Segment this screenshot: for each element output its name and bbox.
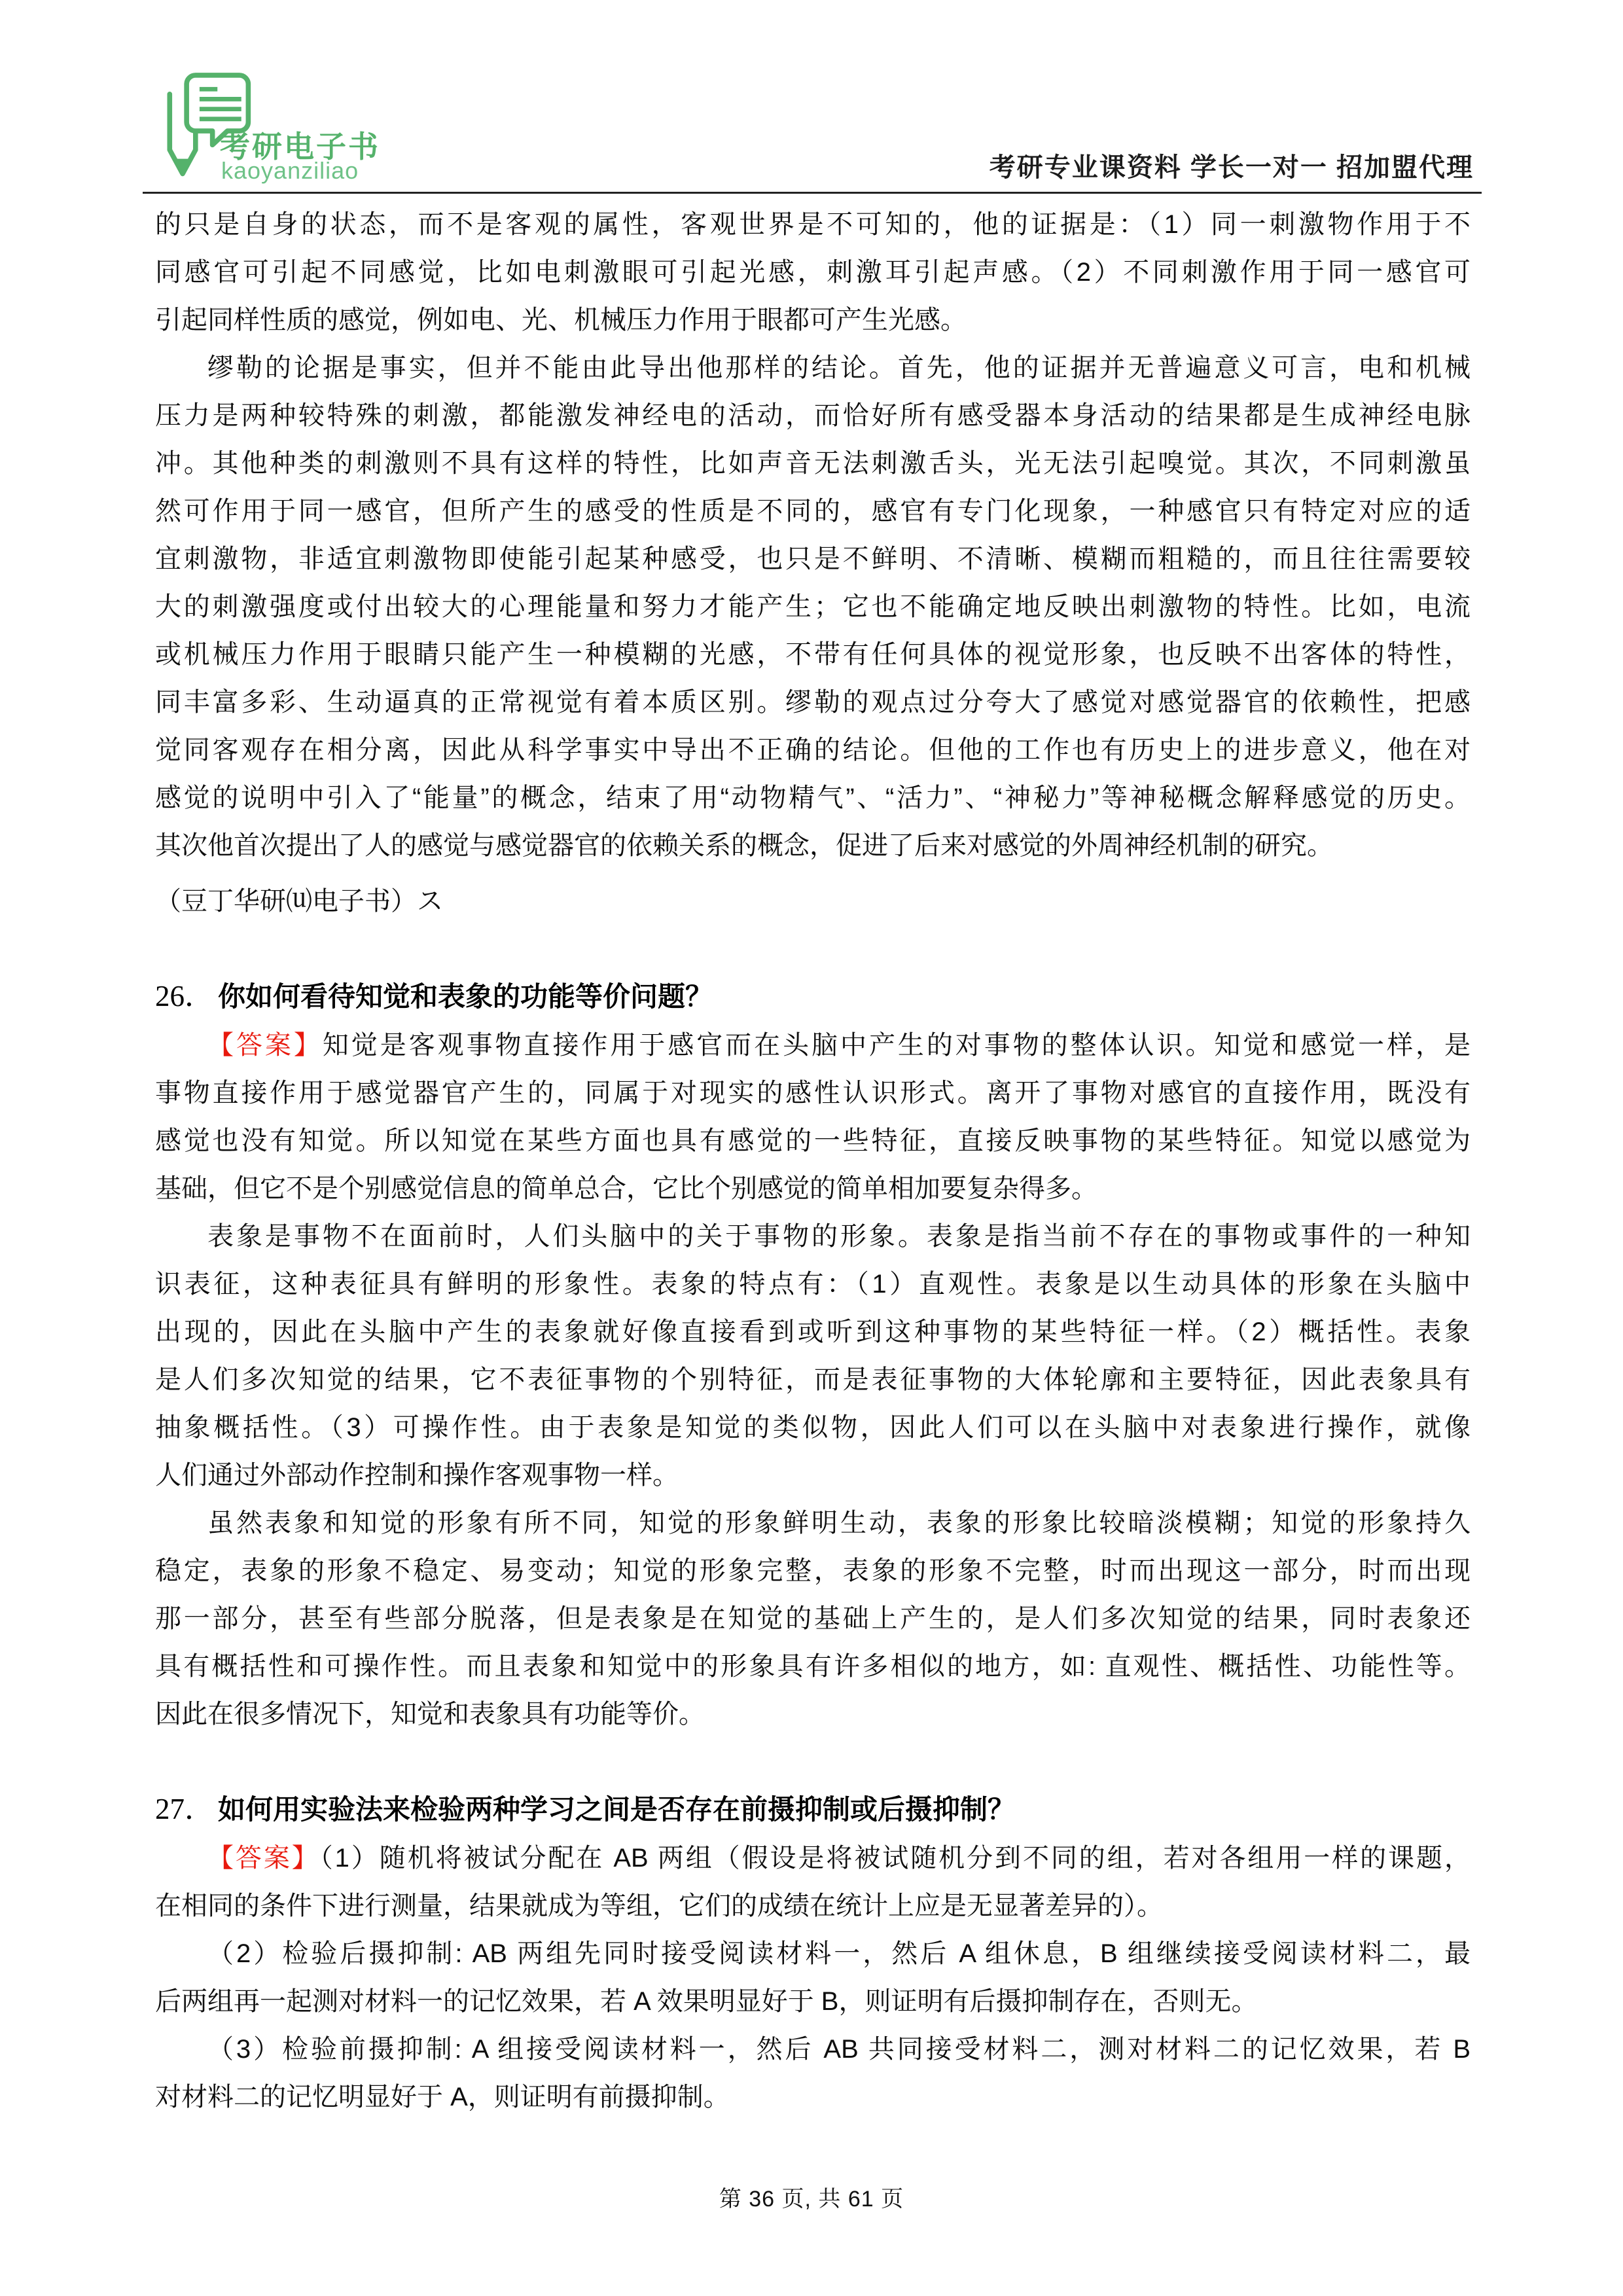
text-line: 那一部分，甚至有些部分脱落，但是表象是在知觉的基础上产生的，是人们多次知觉的结果… — [155, 1595, 1471, 1643]
paragraph: （2）检验后摄抑制: AB 两组先同时接受阅读材料一，然后 A 组休息，B 组继… — [155, 1930, 1471, 2026]
site-logo: 考研电子书 kaoyanziliao — [156, 72, 457, 183]
text-line: 其次他首次提出了人的感觉与感觉器官的依赖关系的概念，促进了后来对感觉的外周神经机… — [155, 822, 1471, 870]
text-line: 事物直接作用于感觉器官产生的，同属于对现实的感性认识形式。离开了事物对感官的直接… — [155, 1069, 1471, 1117]
paragraph: 虽然表象和知觉的形象有所不同，知觉的形象鲜明生动，表象的形象比较暗淡模糊；知觉的… — [155, 1499, 1471, 1738]
header-tagline: 考研专业课资料 学长一对一 招加盟代理 — [990, 147, 1474, 184]
text-line: 缪勒的论据是事实，但并不能由此导出他那样的结论。首先，他的证据并无普遍意义可言，… — [155, 344, 1471, 392]
text-line: 大的刺激强度或付出较大的心理能量和努力才能产生；它也不能确定地反映出刺激物的特性… — [155, 583, 1471, 631]
text-line: 然可作用于同一感官，但所产生的感受的性质是不同的，感官有专门化现象，一种感官只有… — [155, 488, 1471, 535]
text-line: （豆丁华研⒰电子书）ス — [155, 878, 1471, 925]
text-line: 冲。其他种类的刺激则不具有这样的特性，比如声音无法刺激舌头，光无法引起嗅觉。其次… — [155, 440, 1471, 488]
text-line: 的只是自身的状态，而不是客观的属性，客观世界是不可知的，他的证据是：（1）同一刺… — [155, 201, 1471, 249]
paragraph: 表象是事物不在面前时，人们头脑中的关于事物的形象。表象是指当前不存在的事物或事件… — [155, 1213, 1471, 1499]
logo-subtitle: kaoyanziliao — [221, 157, 359, 185]
page-number: 第 36 页, 共 61 页 — [0, 2181, 1623, 2213]
answer-label: 【答案】 — [207, 1844, 320, 1873]
text-line: 引起同样性质的感觉，例如电、光、机械压力作用于眼都可产生光感。 — [155, 296, 1471, 344]
text-line: 人们通过外部动作控制和操作客观事物一样。 — [155, 1452, 1471, 1499]
text-line: 表象是事物不在面前时，人们头脑中的关于事物的形象。表象是指当前不存在的事物或事件… — [155, 1213, 1471, 1261]
text-line: 【答案】（1）随机将被试分配在 AB 两组（假设是将被试随机分到不同的组，若对各… — [155, 1835, 1471, 1882]
text-line: 后两组再一起测对材料一的记忆效果，若 A 效果明显好于 B，则证明有后摄抑制存在… — [155, 1978, 1471, 2026]
question-title: 如何用实验法来检验两种学习之间是否存在前摄抑制或后摄抑制？ — [218, 1794, 1015, 1825]
paragraph: 【答案】（1）随机将被试分配在 AB 两组（假设是将被试随机分到不同的组，若对各… — [155, 1835, 1471, 1930]
paragraph: （3）检验前摄抑制: A 组接受阅读材料一，然后 AB 共同接受材料二，测对材料… — [155, 2026, 1471, 2121]
text-line: 压力是两种较特殊的刺激，都能激发神经电的活动，而恰好所有感受器本身活动的结果都是… — [155, 392, 1471, 440]
question-title: 你如何看待知觉和表象的功能等价问题？ — [218, 981, 713, 1012]
paragraph: 缪勒的论据是事实，但并不能由此导出他那样的结论。首先，他的证据并无普遍意义可言，… — [155, 344, 1471, 870]
question-heading-26: 26．你如何看待知觉和表象的功能等价问题？ — [155, 971, 1471, 1022]
text-line: （3）检验前摄抑制: A 组接受阅读材料一，然后 AB 共同接受材料二，测对材料… — [155, 2026, 1471, 2073]
text-line: 抽象概括性。（3）可操作性。由于表象是知觉的类似物，因此人们可以在头脑中对表象进… — [155, 1404, 1471, 1452]
text-line: 是人们多次知觉的结果，它不表征事物的个别特征，而是表征事物的大体轮廓和主要特征，… — [155, 1356, 1471, 1404]
text-line: 因此在很多情况下，知觉和表象具有功能等价。 — [155, 1691, 1471, 1738]
text-line: 同丰富多彩、生动逼真的正常视觉有着本质区别。缪勒的观点过分夸大了感觉对感觉器官的… — [155, 679, 1471, 726]
question-heading-27: 27．如何用实验法来检验两种学习之间是否存在前摄抑制或后摄抑制？ — [155, 1784, 1471, 1835]
text-line: 虽然表象和知觉的形象有所不同，知觉的形象鲜明生动，表象的形象比较暗淡模糊；知觉的… — [155, 1499, 1471, 1547]
text-line: 感觉的说明中引入了“能量”的概念，结束了用“动物精气”、“活力”、“神秘力”等神… — [155, 774, 1471, 822]
document-page: { "header": { "logo": { "icon": "pencil-… — [0, 0, 1623, 2296]
text-line: 在相同的条件下进行测量，结果就成为等组，它们的成绩在统计上应是无显著差异的）。 — [155, 1882, 1471, 1930]
text-line: 或机械压力作用于眼睛只能产生一种模糊的光感，不带有任何具体的视觉形象，也反映不出… — [155, 631, 1471, 679]
paragraph: 的只是自身的状态，而不是客观的属性，客观世界是不可知的，他的证据是：（1）同一刺… — [155, 201, 1471, 344]
text-line: 对材料二的记忆明显好于 A，则证明有前摄抑制。 — [155, 2073, 1471, 2121]
paragraph: （豆丁华研⒰电子书）ス — [155, 878, 1471, 925]
answer-label: 【答案】 — [207, 1031, 323, 1060]
paragraph: 【答案】知觉是客观事物直接作用于感官而在头脑中产生的对事物的整体认识。知觉和感觉… — [155, 1022, 1471, 1213]
text-line: 感觉也没有知觉。所以知觉在某些方面也具有感觉的一些特征，直接反映事物的某些特征。… — [155, 1117, 1471, 1165]
text-line: 觉同客观存在相分离，因此从科学事实中导出不正确的结论。但他的工作也有历史上的进步… — [155, 726, 1471, 774]
question-number: 26． — [155, 980, 214, 1013]
document-body: 的只是自身的状态，而不是客观的属性，客观世界是不可知的，他的证据是：（1）同一刺… — [155, 201, 1471, 2121]
header-divider — [143, 192, 1482, 194]
question-number: 27． — [155, 1793, 214, 1825]
text-line: 具有概括性和可操作性。而且表象和知觉中的形象具有许多相似的地方，如: 直观性、概… — [155, 1643, 1471, 1691]
text-line: 【答案】知觉是客观事物直接作用于感官而在头脑中产生的对事物的整体认识。知觉和感觉… — [155, 1022, 1471, 1069]
text-line: 同感官可引起不同感觉，比如电刺激眼可引起光感，刺激耳引起声感。（2）不同刺激作用… — [155, 249, 1471, 296]
text-line: 出现的，因此在头脑中产生的表象就好像直接看到或听到这种事物的某些特征一样。（2）… — [155, 1308, 1471, 1356]
text-line: 基础，但它不是个别感觉信息的简单总合，它比个别感觉的简单相加要复杂得多。 — [155, 1165, 1471, 1213]
text-line: 宜刺激物，非适宜刺激物即使能引起某种感受，也只是不鲜明、不清晰、模糊而粗糙的，而… — [155, 535, 1471, 583]
text-line: （2）检验后摄抑制: AB 两组先同时接受阅读材料一，然后 A 组休息，B 组继… — [155, 1930, 1471, 1978]
text-line: 稳定，表象的形象不稳定、易变动；知觉的形象完整，表象的形象不完整，时而出现这一部… — [155, 1547, 1471, 1595]
text-line: 识表征，这种表征具有鲜明的形象性。表象的特点有：（1）直观性。表象是以生动具体的… — [155, 1261, 1471, 1308]
